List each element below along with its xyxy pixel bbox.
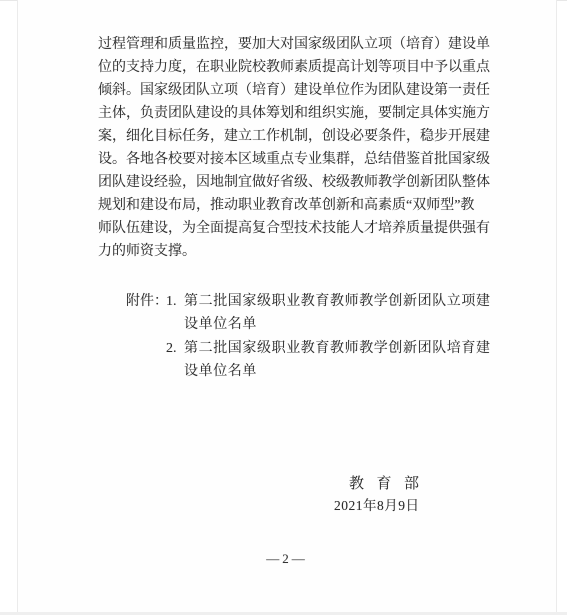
- issuer-signature: 教育部: [349, 473, 432, 495]
- attachment-item-1-title: 第二批国家级职业教育教师教学创新团队立项建 设单位名单: [184, 290, 496, 337]
- attachment-item-2-number: 2.: [166, 337, 184, 384]
- document-page: 过程管理和质量监控，要加大对国家级团队立项（培育）建设单 位的支持力度，在职业院…: [17, 0, 557, 612]
- issue-date: 2021年8月9日: [334, 495, 420, 517]
- attachment-item-2: 2. 第二批国家级职业教育教师教学创新团队培育建 设单位名单: [166, 337, 496, 384]
- attachment-item-1: 1. 第二批国家级职业教育教师教学创新团队立项建 设单位名单: [166, 290, 496, 337]
- page-number: —2—: [18, 551, 556, 567]
- attachment-item-2-title: 第二批国家级职业教育教师教学创新团队培育建 设单位名单: [184, 337, 496, 384]
- attachment-item-1-number: 1.: [166, 290, 184, 337]
- scanned-document-canvas: 过程管理和质量监控，要加大对国家级团队立项（培育）建设单 位的支持力度，在职业院…: [0, 0, 567, 615]
- attachments-label: 附件：: [126, 290, 168, 313]
- body-paragraph: 过程管理和质量监控，要加大对国家级团队立项（培育）建设单 位的支持力度，在职业院…: [98, 33, 500, 263]
